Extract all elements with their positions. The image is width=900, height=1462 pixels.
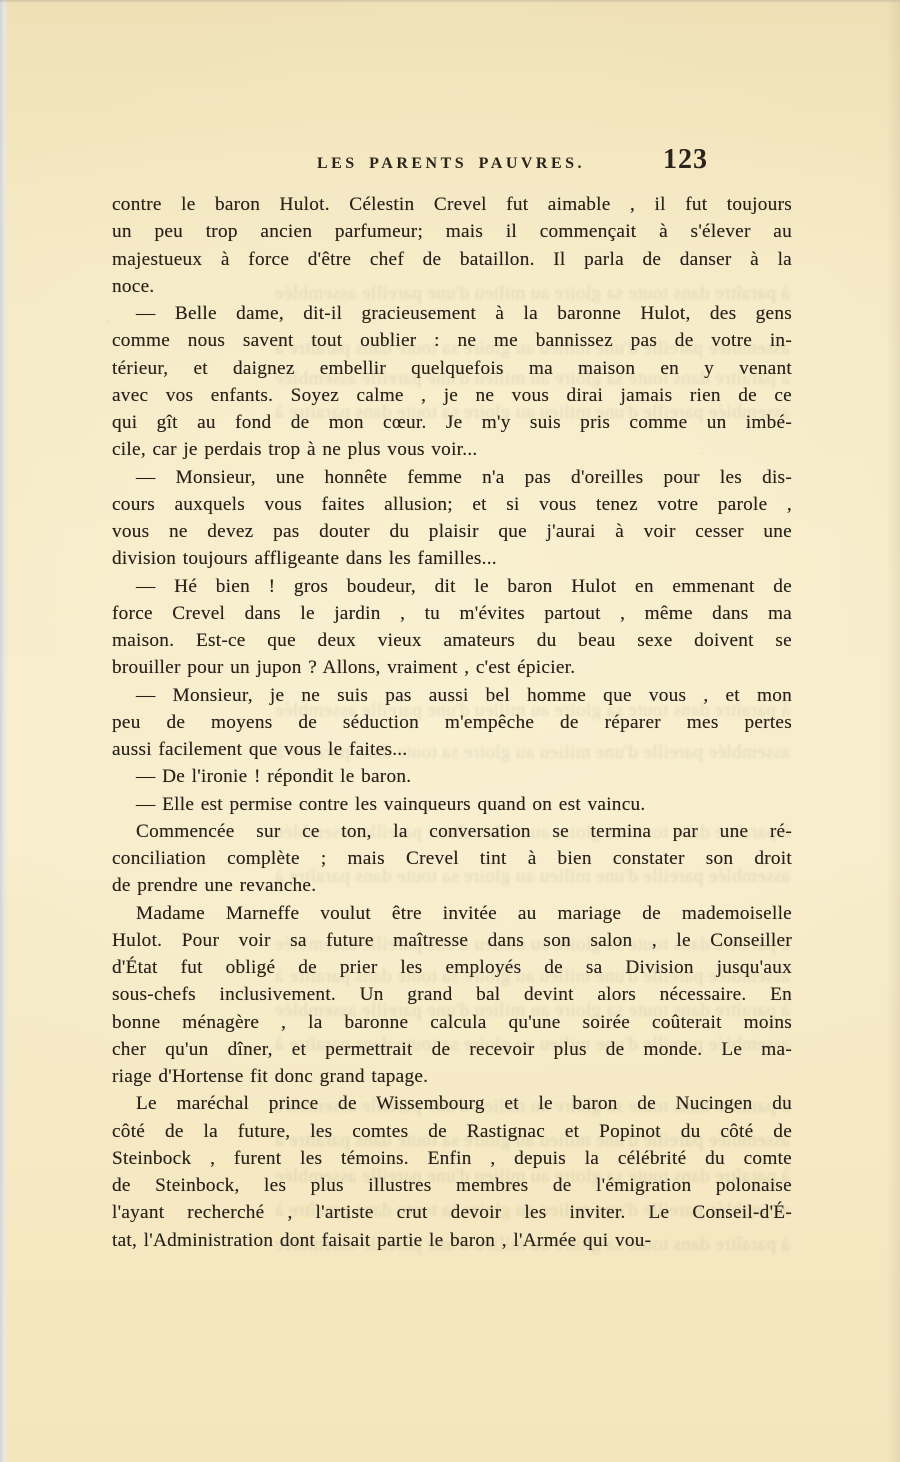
text-line: — Monsieur, je ne suis pas aussi bel hom… — [112, 682, 792, 709]
text-line: Le maréchal prince de Wissembourg et le … — [112, 1090, 792, 1117]
text-line: cile, car je perdais trop à ne plus vous… — [112, 436, 792, 463]
text-line: térieur, et daignez embellir quelquefois… — [112, 355, 792, 382]
text-line: Commencée sur ce ton, la conversation se… — [112, 818, 792, 845]
text-line: comme nous savent tout oublier : ne me b… — [112, 327, 792, 354]
text-line: un peu trop ancien parfumeur; mais il co… — [112, 218, 792, 245]
page-number: 123 — [648, 144, 708, 176]
text-line: l'ayant recherché , l'artiste crut devoi… — [112, 1199, 792, 1226]
text-block: contre le baron Hulot. Célestin Crevel f… — [112, 191, 792, 1254]
text-line: brouiller pour un jupon ? Allons, vraime… — [112, 654, 792, 681]
text-line: cours auxquels vous faites allusion; et … — [112, 491, 792, 518]
text-line: aussi facilement que vous le faites... — [112, 736, 792, 763]
text-line: — Belle dame, dit-il gracieusement à la … — [112, 300, 792, 327]
text-line: avec vos enfants. Soyez calme , je ne vo… — [112, 382, 792, 409]
text-line: d'État fut obligé de prier les employés … — [112, 954, 792, 981]
text-line: noce. — [112, 273, 792, 300]
scan-edge-right — [886, 0, 900, 1462]
text-line: riage d'Hortense fit donc grand tapage. — [112, 1063, 792, 1090]
page-header: LES PARENTS PAUVRES. 123 — [0, 0, 900, 40]
text-line: tat, l'Administration dont faisait parti… — [112, 1227, 792, 1254]
scanned-book-page: { "page": { "header": { "running_title":… — [0, 0, 900, 1462]
text-line: force Crevel dans le jardin , tu m'évite… — [112, 600, 792, 627]
text-line: qui gît au fond de mon cœur. Je m'y suis… — [112, 409, 792, 436]
text-line: Hulot. Pour voir sa future maîtresse dan… — [112, 927, 792, 954]
text-line: maison. Est-ce que deux vieux amateurs d… — [112, 627, 792, 654]
text-line: bonne ménagère , la baronne calcula qu'u… — [112, 1009, 792, 1036]
text-line: — Elle est permise contre les vainqueurs… — [112, 791, 792, 818]
text-line: de Steinbock, les plus illustres membres… — [112, 1172, 792, 1199]
scan-edge-left — [0, 0, 8, 1462]
text-line: contre le baron Hulot. Célestin Crevel f… — [112, 191, 792, 218]
text-line: conciliation complète ; mais Crevel tint… — [112, 845, 792, 872]
text-line: majestueux à force d'être chef de batail… — [112, 246, 792, 273]
text-line: — Monsieur, une honnête femme n'a pas d'… — [112, 464, 792, 491]
text-line: cher qu'un dîner, et permettrait de rece… — [112, 1036, 792, 1063]
text-line: vous ne devez pas douter du plaisir que … — [112, 518, 792, 545]
text-line: Madame Marneffe voulut être invitée au m… — [112, 900, 792, 927]
text-line: côté de la future, les comtes de Rastign… — [112, 1118, 792, 1145]
text-line: — Hé bien ! gros boudeur, dit le baron H… — [112, 573, 792, 600]
text-line: division toujours affligeante dans les f… — [112, 545, 792, 572]
text-line: de prendre une revanche. — [112, 872, 792, 899]
text-line: peu de moyens de séduction m'empêche de … — [112, 709, 792, 736]
text-line: sous-chefs inclusivement. Un grand bal d… — [112, 981, 792, 1008]
text-line: Steinbock , furent les témoins. Enfin , … — [112, 1145, 792, 1172]
text-line: — De l'ironie ! répondit le baron. — [112, 763, 792, 790]
